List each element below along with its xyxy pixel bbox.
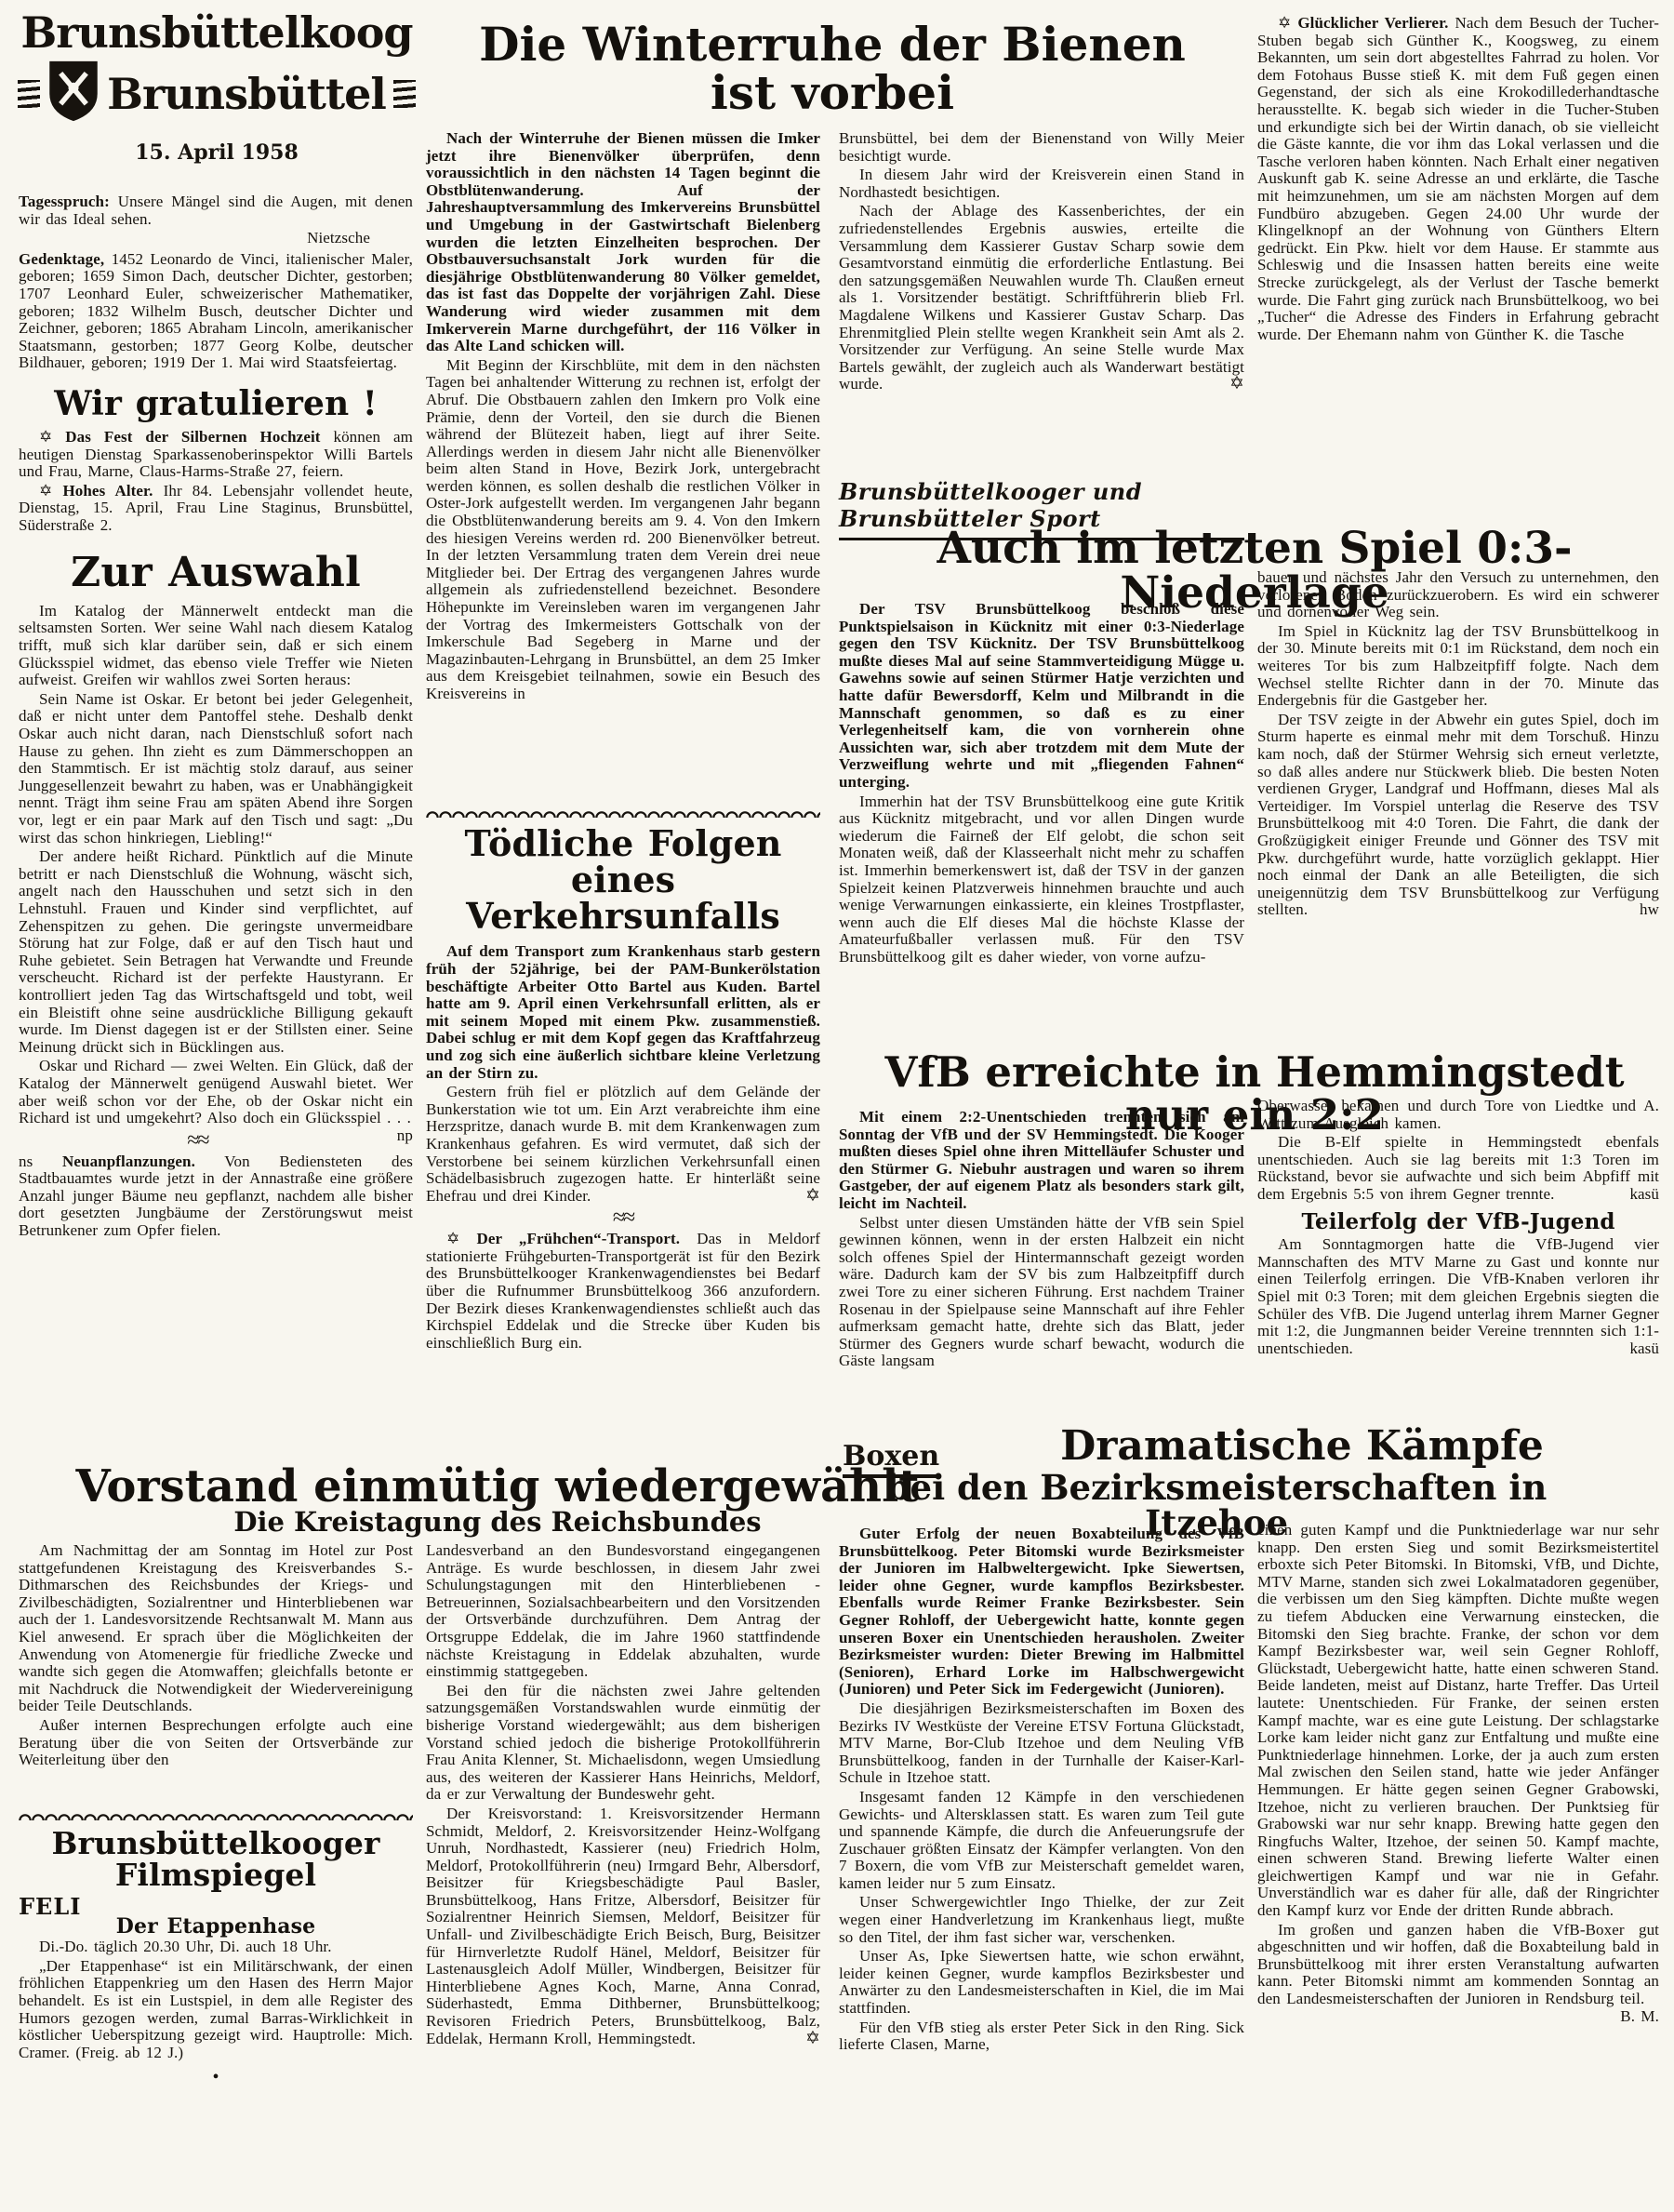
headline-line2: ist vorbei (423, 69, 1242, 117)
tsv-article-col3: Der TSV Brunsbüttelkoog beschloß diese P… (839, 601, 1244, 967)
signoff: kasü (1609, 1186, 1659, 1204)
news-paragraph: ✡ Glücklicher Verlierer. Nach dem Besuch… (1257, 15, 1659, 343)
star-endmark-icon: ✡ (785, 1188, 820, 1205)
article-paragraph: Im Katalog der Männerwelt entdeckt man d… (19, 603, 413, 689)
headline-vorstand: Vorstand einmütig wiedergewählt (33, 1464, 963, 1510)
heading-toedliche-folgen: Tödliche Folgen eines Verkehrsunfalls (426, 825, 820, 934)
article-paragraph: Der andere heißt Richard. Pünktlich auf … (19, 848, 413, 1056)
star-icon: ✡ (1278, 14, 1291, 32)
article-lead-paragraph: Auf dem Transport zum Krankenhaus starb … (426, 943, 820, 1082)
article-paragraph: einen guten Kampf und die Punktniederlag… (1257, 1522, 1659, 1920)
article-paragraph: Unser Schwergewichtler Ingo Thielke, der… (839, 1894, 1244, 1946)
tsv-article-col4: bauen und nächstes Jahr den Versuch zu u… (1257, 569, 1659, 921)
boxen-article-col4: einen guten Kampf und die Punktniederlag… (1257, 1522, 1659, 2025)
signoff: B. M. (1600, 2008, 1659, 2026)
article-paragraph: Sein Name ist Oskar. Er betont bei jeder… (19, 691, 413, 846)
bees-article-col3: Brunsbüttel, bei dem der Bienenstand von… (839, 130, 1244, 395)
newspaper-page: Brunsbüttelkoog Brunsbüttel 15. April 19… (0, 0, 1674, 2212)
bees-article-col2: Nach der Winterruhe der Bienen müssen di… (426, 130, 820, 705)
article-paragraph: Am Sonntagmorgen hatte die VfB-Jugend vi… (1257, 1236, 1659, 1357)
news-text: Das in Meldorf stationierte Frühgeburten… (426, 1230, 820, 1352)
article-paragraph: Außer internen Besprechungen erfolgte au… (19, 1717, 413, 1769)
news-lead: Neuanpflanzungen. (62, 1153, 195, 1170)
tagesspruch-author: Nietzsche (19, 230, 413, 247)
article-lead-paragraph: Guter Erfolg der neuen Boxabteilung des … (839, 1526, 1244, 1699)
news-prefix: ns (19, 1153, 33, 1170)
vfb-article-col4: Oberwasser bekamen und durch Tore von Li… (1257, 1098, 1659, 1359)
article-paragraph: Oskar und Richard — zwei Welten. Ein Glü… (19, 1058, 413, 1126)
heading-wir-gratulieren: Wir gratulieren ! (19, 387, 413, 421)
gratulation-item: ✡ Hohes Alter. Ihr 84. Lebensjahr vollen… (19, 483, 413, 535)
article-paragraph: Gestern früh fiel er plötzlich auf dem G… (426, 1084, 820, 1205)
vorstand-article-col2: Landesverband an den Bundesvorstand eing… (426, 1542, 820, 2049)
article-paragraph: Im großen und ganzen haben die VfB-Boxer… (1257, 1922, 1659, 2008)
film-schedule: Di.-Do. täglich 20.30 Uhr, Di. auch 18 U… (19, 1939, 413, 1956)
masthead-date: 15. April 1958 (17, 140, 417, 165)
filmspiegel-section: Brunsbüttelkooger Filmspiegel FELI Der E… (19, 1808, 413, 2086)
film-review: „Der Etappenhase“ ist ein Militärschwank… (19, 1958, 413, 2062)
article-paragraph: Selbst unter diesen Umständen hätte der … (839, 1215, 1244, 1370)
article-paragraph: Landesverband an den Bundesvorstand eing… (426, 1542, 820, 1681)
article-paragraph: In diesem Jahr wird der Kreisverein eine… (839, 167, 1244, 201)
article-paragraph: Im Spiel in Kücknitz lag der TSV Brunsbü… (1257, 623, 1659, 710)
paragraph-text: Der TSV zeigte in der Abwehr ein gutes S… (1257, 711, 1659, 919)
article-paragraph: Bei den für die nächsten zwei Jahre gelt… (426, 1683, 820, 1804)
article-paragraph: Unser As, Ipke Siewertsen hatte, wie sch… (839, 1948, 1244, 2017)
article-paragraph: Am Nachmittag der am Sonntag im Hotel zu… (19, 1542, 413, 1715)
tagesspruch-paragraph: Tagesspruch: Unsere Mängel sind die Auge… (19, 193, 413, 228)
paragraph-text: Nach der Ablage des Kassenberichtes, der… (839, 202, 1244, 393)
article-lead-paragraph: Nach der Winterruhe der Bienen müssen di… (426, 130, 820, 355)
heading-line1: Tödliche Folgen (426, 825, 820, 861)
article-paragraph: Der TSV zeigte in der Abwehr ein gutes S… (1257, 712, 1659, 919)
article-paragraph: Mit Beginn der Kirschblüte, mit dem in d… (426, 357, 820, 703)
heading-line2: eines Verkehrsunfalls (426, 861, 820, 934)
column-1-top: Tagesspruch: Unsere Mängel sind die Auge… (19, 193, 413, 1242)
dot-divider-icon: • (19, 2069, 413, 2086)
headline-winterruhe: Die Winterruhe der Bienen ist vorbei (423, 20, 1242, 116)
gedenktage-label: Gedenktage, (19, 250, 104, 268)
flourish-right-icon (393, 80, 416, 108)
gratulation-item: ✡ Das Fest der Silbernen Hochzeit können… (19, 429, 413, 481)
gluecklicher-verlierer-article: ✡ Glücklicher Verlierer. Nach dem Besuch… (1257, 15, 1659, 345)
article-paragraph: Insgesamt fanden 12 Kämpfe in den versch… (839, 1789, 1244, 1893)
star-icon: ✡ (446, 1230, 459, 1247)
verkehrsunfall-article: Tödliche Folgen eines Verkehrsunfalls Au… (426, 806, 820, 1353)
vorstand-article-col1: Am Nachmittag der am Sonntag im Hotel zu… (19, 1542, 413, 1771)
gedenktage-text: 1452 Leonardo de Vinci, italienischer Ma… (19, 250, 413, 372)
flourish-left-icon (18, 80, 40, 108)
signoff: hw (1619, 901, 1659, 919)
wave-divider-icon (426, 807, 820, 818)
masthead-title-line2: Brunsbüttel (107, 73, 386, 115)
tagesspruch-label: Tagesspruch: (19, 193, 110, 210)
news-text: Nach dem Besuch der Tucher-Stuben begab … (1257, 14, 1659, 343)
star-endmark-icon: ✡ (785, 2031, 820, 2047)
boxen-article-col3: Guter Erfolg der neuen Boxabteilung des … (839, 1526, 1244, 2056)
signoff: kasü (1609, 1340, 1659, 1358)
headline-line1: Die Winterruhe der Bienen (423, 20, 1242, 69)
signoff: np (377, 1127, 413, 1145)
star-icon: ✡ (39, 482, 52, 500)
subhead-kreistagung: Die Kreistagung des Reichsbundes (33, 1509, 963, 1537)
neuanpflanzungen-paragraph: ns Neuanpflanzungen. Von Bediensteten de… (19, 1153, 413, 1240)
paragraph-text: Der Kreisvorstand: 1. Kreisvorsitzender … (426, 1805, 820, 2047)
article-paragraph: Nach der Ablage des Kassenberichtes, der… (839, 203, 1244, 393)
heading-zur-auswahl: Zur Auswahl (19, 552, 413, 593)
article-lead-paragraph: Mit einem 2:2-Unentschieden trennten sic… (839, 1109, 1244, 1213)
wave-divider-icon (19, 1810, 413, 1820)
star-icon: ✡ (39, 428, 52, 446)
gratulation-lead: Das Fest der Silbernen Hochzeit (65, 428, 320, 446)
squiggle-divider-icon (426, 1208, 820, 1227)
headline-boxen-line1: Dramatische Kämpfe (939, 1425, 1665, 1467)
article-paragraph: Für den VfB stieg als erster Peter Sick … (839, 2019, 1244, 2054)
masthead-title-row: Brunsbüttel (17, 60, 417, 127)
subhead-vfb-jugend: Teilerfolg der VfB-Jugend (1257, 1211, 1659, 1233)
article-paragraph: Der Kreisvorstand: 1. Kreisvorsitzender … (426, 1806, 820, 2047)
paragraph-text: Am Sonntagmorgen hatte die VfB-Jugend vi… (1257, 1235, 1659, 1357)
article-paragraph: bauen und nächstes Jahr den Versuch zu u… (1257, 569, 1659, 621)
paragraph-text: Im großen und ganzen haben die VfB-Boxer… (1257, 1921, 1659, 2007)
article-paragraph: Die B-Elf spielte in Hemmingstedt ebenfa… (1257, 1134, 1659, 1203)
heading-filmspiegel: Brunsbüttelkooger Filmspiegel (19, 1828, 413, 1891)
article-lead-paragraph: Der TSV Brunsbüttelkoog beschloß diese P… (839, 601, 1244, 792)
article-paragraph: Oberwasser bekamen und durch Tore von Li… (1257, 1098, 1659, 1132)
masthead-title-line1: Brunsbüttelkoog (17, 11, 417, 54)
star-endmark-icon: ✡ (1209, 376, 1244, 393)
gedenktage-paragraph: Gedenktage, 1452 Leonardo de Vinci, ital… (19, 251, 413, 372)
paragraph-text: Gestern früh fiel er plötzlich auf dem G… (426, 1083, 820, 1205)
paragraph-text: Oskar und Richard — zwei Welten. Ein Glü… (19, 1057, 413, 1126)
news-lead: Glücklicher Verlierer. (1297, 14, 1448, 32)
masthead-crest-icon (47, 60, 100, 127)
vfb-article-col3: Mit einem 2:2-Unentschieden trennten sic… (839, 1109, 1244, 1372)
cinema-name: FELI (19, 1899, 413, 1916)
article-paragraph: Die diesjährigen Bezirksmeisterschaften … (839, 1700, 1244, 1787)
fruehchen-paragraph: ✡ Der „Frühchen“-Transport. Das in Meldo… (426, 1231, 820, 1352)
gratulation-lead: Hohes Alter. (62, 482, 153, 500)
paragraph-text: Die B-Elf spielte in Hemmingstedt ebenfa… (1257, 1133, 1659, 1203)
masthead: Brunsbüttelkoog Brunsbüttel 15. April 19… (17, 11, 417, 165)
article-paragraph: Immerhin hat der TSV Brunsbüttelkoog ein… (839, 793, 1244, 966)
article-paragraph: Brunsbüttel, bei dem der Bienenstand von… (839, 130, 1244, 165)
news-lead: Der „Frühchen“-Transport. (476, 1230, 680, 1247)
squiggle-divider-icon (19, 1131, 413, 1150)
